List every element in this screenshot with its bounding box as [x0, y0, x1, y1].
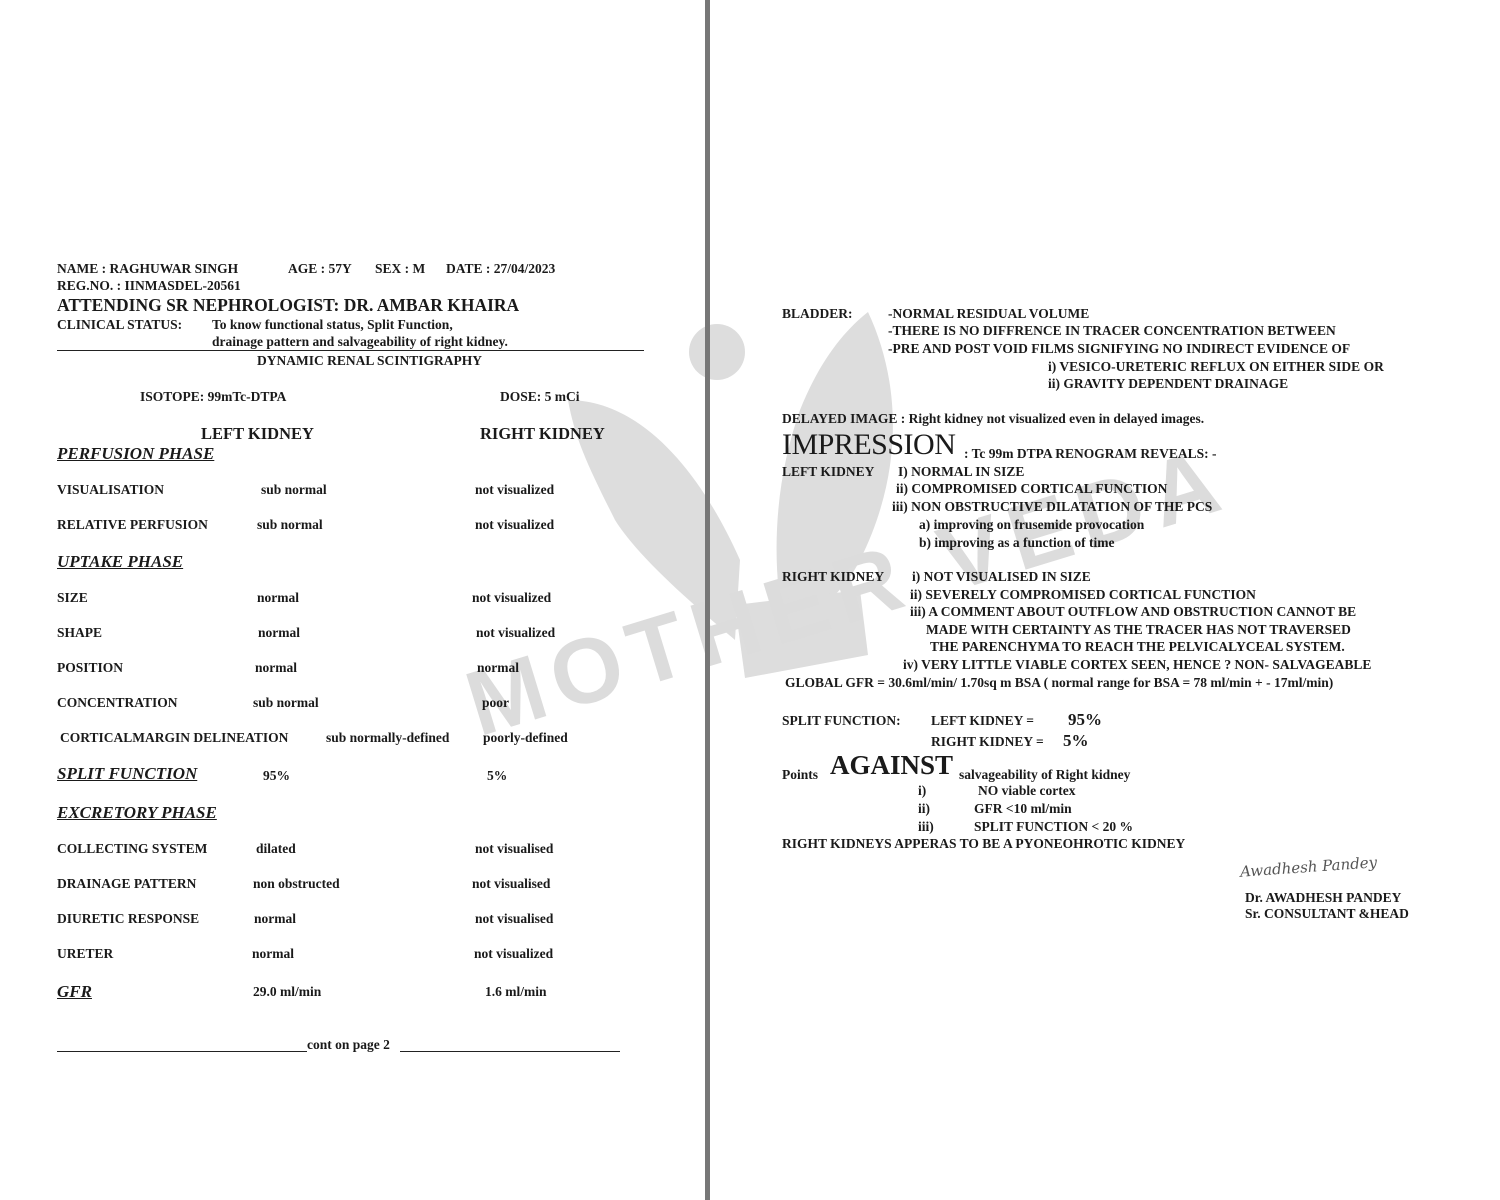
- bladder-line: -THERE IS NO DIFFRENCE IN TRACER CONCENT…: [888, 323, 1336, 339]
- bladder-line: ii) GRAVITY DEPENDENT DRAINAGE: [1048, 376, 1288, 392]
- dose: DOSE: 5 mCi: [500, 389, 580, 405]
- impression-right-item: THE PARENCHYMA TO REACH THE PELVICALYCEA…: [930, 639, 1345, 655]
- impression-right-item: MADE WITH CERTAINTY AS THE TRACER HAS NO…: [926, 622, 1351, 638]
- bladder-line: -NORMAL RESIDUAL VOLUME: [888, 306, 1089, 322]
- split-left-label: LEFT KIDNEY =: [931, 713, 1034, 729]
- row-right-value: poor: [482, 695, 509, 711]
- row-left-value: normal: [258, 625, 300, 641]
- impression-right-item: ii) SEVERELY COMPROMISED CORTICAL FUNCTI…: [910, 587, 1256, 603]
- row-left-value: sub normal: [261, 482, 327, 498]
- row-label: URETER: [57, 946, 113, 962]
- points-suffix: salvageability of Right kidney: [959, 767, 1130, 783]
- report-page-1: NAME : RAGHUWAR SINGH AGE : 57Y SEX : M …: [0, 0, 705, 1200]
- impression-left-kidney-label: LEFT KIDNEY: [782, 464, 874, 480]
- row-label: POSITION: [57, 660, 123, 676]
- clinical-status-label: CLINICAL STATUS:: [57, 317, 182, 333]
- row-right-value: not visualized: [475, 482, 554, 498]
- isotope: ISOTOPE: 99mTc-DTPA: [140, 389, 286, 405]
- clinical-status-line2: drainage pattern and salvageability of r…: [212, 334, 508, 350]
- row-left-value: sub normally-defined: [326, 730, 449, 746]
- row-left-value: sub normal: [253, 695, 319, 711]
- points-against: AGAINST: [830, 750, 953, 781]
- report-date: DATE : 27/04/2023: [446, 261, 555, 277]
- row-label: VISUALISATION: [57, 482, 164, 498]
- point-text: GFR <10 ml/min: [974, 801, 1072, 817]
- header-rule: [57, 350, 644, 351]
- row-label: CORTICALMARGIN DELINEATION: [60, 730, 288, 746]
- row-right-value: 5%: [487, 768, 507, 784]
- bladder-line: -PRE AND POST VOID FILMS SIGNIFYING NO I…: [888, 341, 1350, 357]
- split-right-value: 5%: [1063, 731, 1089, 751]
- point-number: iii): [918, 819, 934, 835]
- impression-right-item: iv) VERY LITTLE VIABLE CORTEX SEEN, HENC…: [903, 657, 1371, 673]
- continued-note: cont on page 2: [307, 1037, 390, 1053]
- conclusion: RIGHT KIDNEYS APPERAS TO BE A PYONEOHROT…: [782, 836, 1185, 852]
- footer-rule-right: [400, 1051, 620, 1052]
- row-label: SHAPE: [57, 625, 102, 641]
- row-right-value: 1.6 ml/min: [485, 984, 547, 1000]
- row-right-value: normal: [477, 660, 519, 676]
- row-left-value: sub normal: [257, 517, 323, 533]
- section-perfusion-phase: PERFUSION PHASE: [57, 444, 214, 464]
- row-right-value: not visualized: [472, 590, 551, 606]
- row-label: DIURETIC RESPONSE: [57, 911, 199, 927]
- signatory-name: Dr. AWADHESH PANDEY: [1245, 890, 1401, 906]
- impression-subtitle: : Tc 99m DTPA RENOGRAM REVEALS: -: [964, 446, 1217, 462]
- patient-name: NAME : RAGHUWAR SINGH: [57, 261, 238, 277]
- row-right-value: not visualized: [474, 946, 553, 962]
- row-label: RELATIVE PERFUSION: [57, 517, 208, 533]
- row-label: COLLECTING SYSTEM: [57, 841, 207, 857]
- patient-age: AGE : 57Y: [288, 261, 352, 277]
- section-split-function: SPLIT FUNCTION: [57, 764, 197, 784]
- split-left-value: 95%: [1068, 710, 1102, 730]
- impression-title: IMPRESSION: [782, 428, 955, 462]
- impression-left-item: iii) NON OBSTRUCTIVE DILATATION OF THE P…: [892, 499, 1212, 515]
- signature: Awadhesh Pandey: [1240, 853, 1378, 881]
- row-left-value: dilated: [256, 841, 296, 857]
- impression-left-item: ii) COMPROMISED CORTICAL FUNCTION: [896, 481, 1167, 497]
- section-uptake-phase: UPTAKE PHASE: [57, 552, 183, 572]
- global-gfr: GLOBAL GFR = 30.6ml/min/ 1.70sq m BSA ( …: [785, 675, 1333, 691]
- row-left-value: normal: [255, 660, 297, 676]
- delayed-image-note: DELAYED IMAGE : Right kidney not visuali…: [782, 411, 1204, 427]
- row-left-value: non obstructed: [253, 876, 340, 892]
- row-right-value: not visualised: [475, 911, 553, 927]
- report-title: DYNAMIC RENAL SCINTIGRAPHY: [257, 353, 482, 369]
- bladder-label: BLADDER:: [782, 306, 853, 322]
- impression-left-item: b) improving as a function of time: [919, 535, 1115, 551]
- row-right-value: not visualised: [475, 841, 553, 857]
- row-right-value: not visualized: [476, 625, 555, 641]
- split-function-label: SPLIT FUNCTION:: [782, 713, 901, 729]
- report-page-2: BLADDER: -NORMAL RESIDUAL VOLUME -THERE …: [710, 0, 1500, 1200]
- row-right-value: poorly-defined: [483, 730, 568, 746]
- impression-right-item: iii) A COMMENT ABOUT OUTFLOW AND OBSTRUC…: [910, 604, 1356, 620]
- impression-left-item: I) NORMAL IN SIZE: [898, 464, 1024, 480]
- row-label: CONCENTRATION: [57, 695, 178, 711]
- clinical-status-line1: To know functional status, Split Functio…: [212, 317, 453, 333]
- row-left-value: normal: [252, 946, 294, 962]
- points-prefix: Points: [782, 767, 818, 783]
- point-text: NO viable cortex: [978, 783, 1075, 799]
- row-left-value: normal: [254, 911, 296, 927]
- split-right-label: RIGHT KIDNEY =: [931, 734, 1044, 750]
- impression-left-item: a) improving on frusemide provocation: [919, 517, 1144, 533]
- impression-right-kidney-label: RIGHT KIDNEY: [782, 569, 884, 585]
- attending-physician: ATTENDING SR NEPHROLOGIST: DR. AMBAR KHA…: [57, 295, 519, 316]
- reg-number: REG.NO. : IINMASDEL-20561: [57, 278, 241, 294]
- row-label: DRAINAGE PATTERN: [57, 876, 196, 892]
- point-number: ii): [918, 801, 930, 817]
- row-left-value: normal: [257, 590, 299, 606]
- row-left-value: 29.0 ml/min: [253, 984, 321, 1000]
- row-right-value: not visualised: [472, 876, 550, 892]
- point-number: i): [918, 783, 926, 799]
- col-header-left-kidney: LEFT KIDNEY: [201, 424, 314, 444]
- row-label: SIZE: [57, 590, 88, 606]
- patient-sex: SEX : M: [375, 261, 425, 277]
- col-header-right-kidney: RIGHT KIDNEY: [480, 424, 605, 444]
- impression-right-item: i) NOT VISUALISED IN SIZE: [912, 569, 1091, 585]
- row-left-value: 95%: [263, 768, 290, 784]
- row-right-value: not visualized: [475, 517, 554, 533]
- footer-rule-left: [57, 1051, 307, 1052]
- bladder-line: i) VESICO-URETERIC REFLUX ON EITHER SIDE…: [1048, 359, 1384, 375]
- point-text: SPLIT FUNCTION < 20 %: [974, 819, 1133, 835]
- signatory-title: Sr. CONSULTANT &HEAD: [1245, 906, 1409, 922]
- section-excretory-phase: EXCRETORY PHASE: [57, 803, 217, 823]
- section-gfr: GFR: [57, 982, 92, 1002]
